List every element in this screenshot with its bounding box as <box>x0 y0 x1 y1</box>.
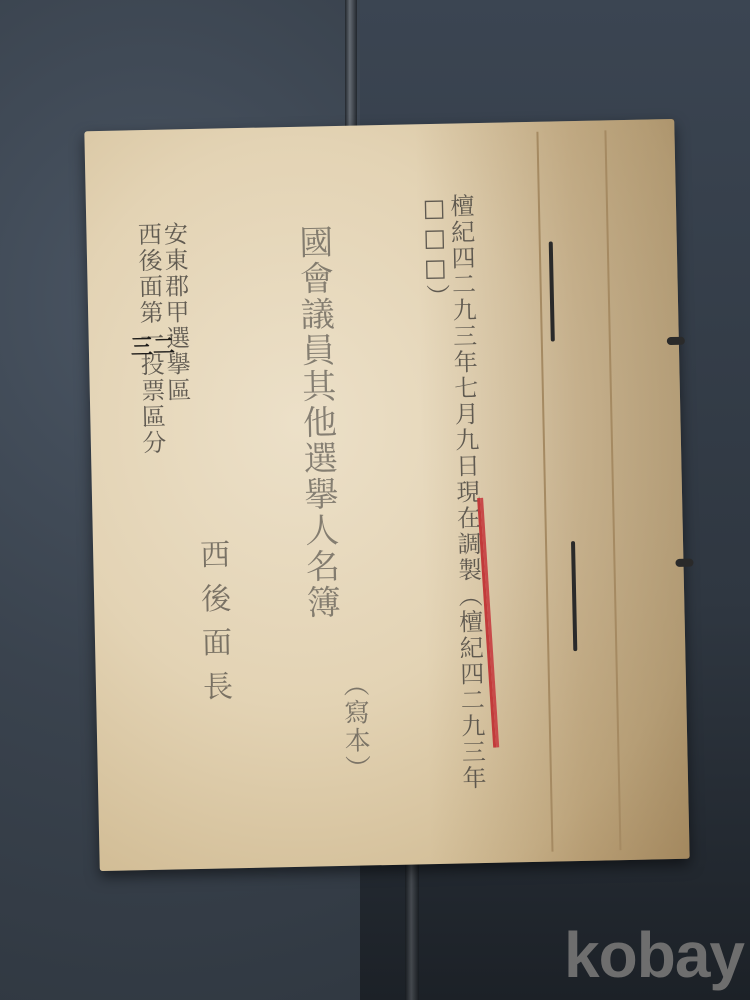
number-mark: 三二 <box>130 329 175 361</box>
booklet: 檀紀四二九三年七月九日現在調製（檀紀四二九三年□□□） 國會議員其他選擧人名簿 … <box>84 119 689 871</box>
watermark-logo: kobay <box>564 918 744 992</box>
document-subtitle: （寫本） <box>336 670 375 783</box>
region-signature: 西後面長 <box>189 538 237 715</box>
table-seam-bottom <box>405 860 419 1000</box>
binding-thread-lower <box>675 559 693 567</box>
table-seam-top <box>345 0 357 140</box>
document-title: 國會議員其他選擧人名簿 <box>294 224 338 621</box>
binding-thread-upper <box>667 337 685 345</box>
district-line-1: 安東郡甲選擧區 <box>160 221 190 404</box>
